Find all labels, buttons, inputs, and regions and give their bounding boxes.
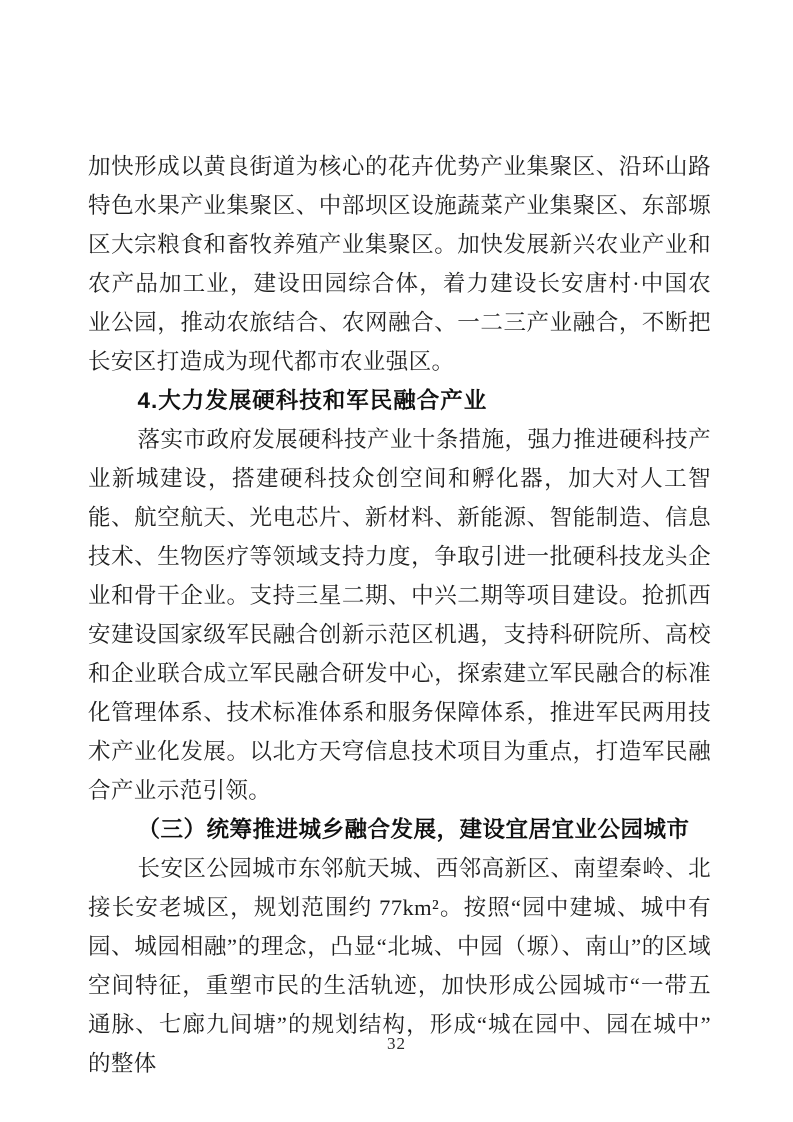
page-number: 32 (0, 1034, 793, 1054)
section-heading: （三）统筹推进城乡融合发展，建设宜居宜业公园城市 (88, 810, 711, 849)
numbered-subheading: 4.大力发展硬科技和军民融合产业 (88, 381, 711, 420)
document-page: 加快形成以黄良街道为核心的花卉优势产业集聚区、沿环山路特色水果产业集聚区、中部坝… (0, 0, 793, 1122)
document-body: 加快形成以黄良街道为核心的花卉优势产业集聚区、沿环山路特色水果产业集聚区、中部坝… (88, 147, 711, 1083)
body-paragraph: 加快形成以黄良街道为核心的花卉优势产业集聚区、沿环山路特色水果产业集聚区、中部坝… (88, 147, 711, 381)
body-paragraph: 落实市政府发展硬科技产业十条措施，强力推进硬科技产业新城建设，搭建硬科技众创空间… (88, 420, 711, 810)
